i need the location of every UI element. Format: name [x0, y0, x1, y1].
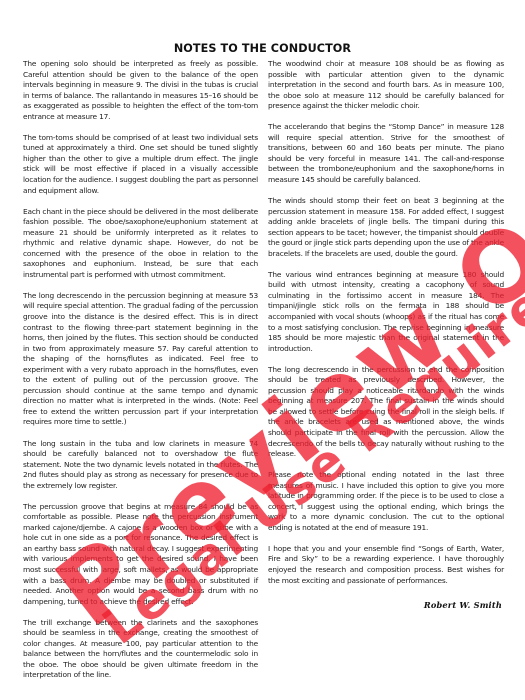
document-page: NOTES TO THE CONDUCTOR The opening solo …	[0, 0, 525, 700]
paragraph-accelerando-128: The accelerando that begins the “Stomp D…	[268, 122, 504, 185]
paragraph-decrescendo-53: The long decrescendo in the percussion b…	[23, 291, 258, 428]
page-title: NOTES TO THE CONDUCTOR	[0, 42, 525, 55]
paragraph-entrances-180: The various wind entrances beginning at …	[268, 270, 504, 354]
right-column: The woodwind choir at measure 108 should…	[268, 59, 504, 611]
paragraph-woodwind-108: The woodwind choir at measure 108 should…	[268, 59, 504, 112]
paragraph-tom-toms: The tom-toms should be comprised of at l…	[23, 133, 258, 196]
paragraph-opening-solo: The opening solo should be interpreted a…	[23, 59, 258, 122]
paragraph-stomp-158: The winds should stomp their feet on bea…	[268, 196, 504, 259]
paragraph-trill-exchange: The trill exchange between the clarinets…	[23, 618, 258, 681]
paragraph-groove-84: The percussion groove that begins at mea…	[23, 502, 258, 607]
paragraph-closing-wishes: I hope that you and your ensemble find “…	[268, 544, 504, 586]
paragraph-chant: Each chant in the piece should be delive…	[23, 207, 258, 281]
paragraph-ending-decrescendo: The long decrescendo in the percussion t…	[268, 365, 504, 460]
paragraph-optional-ending: Please note the optional ending notated …	[268, 470, 504, 533]
left-column: The opening solo should be interpreted a…	[23, 59, 258, 691]
paragraph-sustain-74: The long sustain in the tuba and low cla…	[23, 439, 258, 492]
composer-signature: Robert W. Smith	[268, 600, 504, 611]
